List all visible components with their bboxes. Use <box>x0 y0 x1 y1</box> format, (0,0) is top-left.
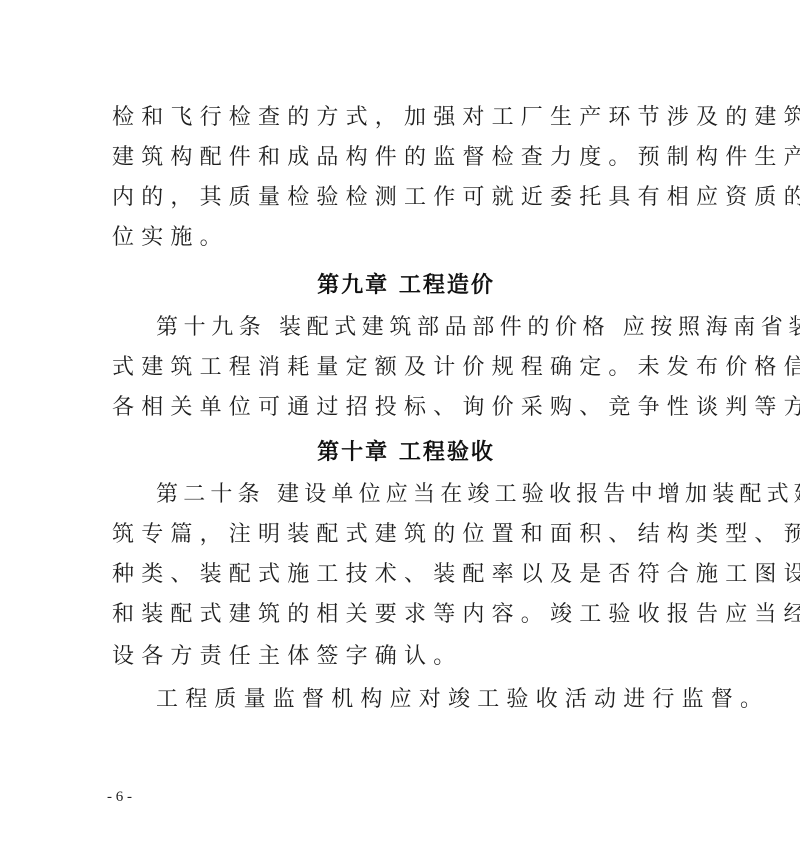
article-20-line: 和装配式建筑的相关要求等内容。竣工验收报告应当经工程建 <box>112 600 700 630</box>
article-19-line: 式建筑工程消耗量定额及计价规程确定。未发布价格信息的， <box>112 353 700 383</box>
article-20-line: 筑专篇，注明装配式建筑的位置和面积、结构类型、预制构件 <box>112 520 700 550</box>
chapter-heading-9: 第九章 工程造价 <box>112 270 700 300</box>
paragraph-line: 建筑构配件和成品构件的监督检查力度。预制构件生产不在省 <box>112 143 700 173</box>
chapter-heading-10: 第十章 工程验收 <box>112 437 700 467</box>
paragraph-line: 检和飞行检查的方式，加强对工厂生产环节涉及的建筑原材料、 <box>112 103 700 133</box>
paragraph-line: 位实施。 <box>112 223 700 253</box>
supervision-paragraph: 工程质量监督机构应对竣工验收活动进行监督。 <box>156 685 744 715</box>
document-page: 检和飞行检查的方式，加强对工厂生产环节涉及的建筑原材料、 建筑构配件和成品构件的… <box>0 0 800 867</box>
article-20-line: 设各方责任主体签字确认。 <box>112 642 700 672</box>
paragraph-line: 内的，其质量检验检测工作可就近委托具有相应资质的检测单 <box>112 183 700 213</box>
article-20-line: 第二十条 建设单位应当在竣工验收报告中增加装配式建 <box>156 480 700 510</box>
article-19-line: 各相关单位可通过招投标、询价采购、竞争性谈判等方式确定。 <box>112 393 700 423</box>
article-20-line: 种类、装配式施工技术、装配率以及是否符合施工图设计文件 <box>112 560 700 590</box>
page-number: - 6 - <box>107 788 132 806</box>
article-19-line: 第十九条 装配式建筑部品部件的价格 应按照海南省装配 <box>156 313 700 343</box>
